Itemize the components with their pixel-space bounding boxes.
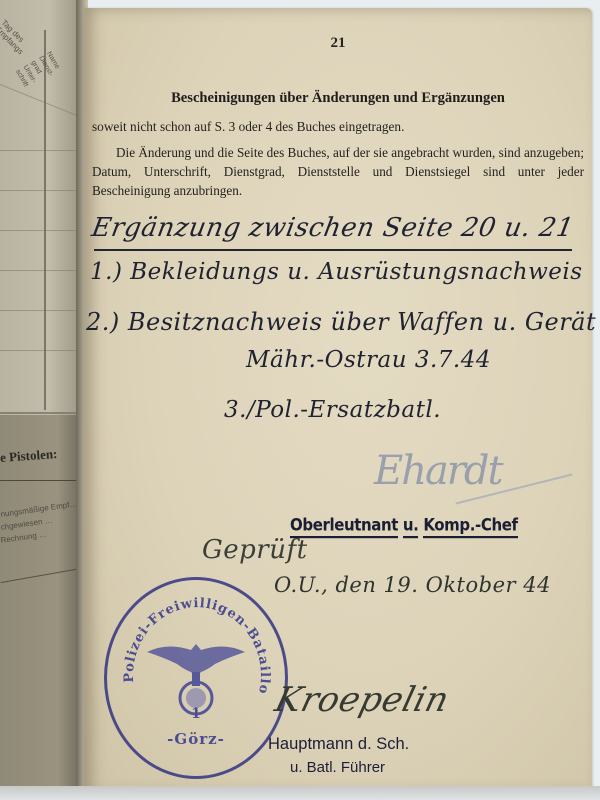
page-number: 21 <box>84 35 592 52</box>
handwritten-place-date: Mähr.-Ostrau 3.7.44 <box>246 347 491 373</box>
table-rule <box>0 150 82 151</box>
table-rule <box>0 412 82 414</box>
handwritten-checked-date: O.U., den 19. Oktober 44 <box>274 573 551 597</box>
note-line: nungsmäßige Empf… <box>0 499 78 519</box>
table-header-name: Name Dienst- grad Unter- schrift <box>13 50 67 98</box>
handwritten-checked: Geprüft <box>202 535 308 565</box>
officer-subtitle-stamp: u. Batl. Führer <box>290 759 385 776</box>
handwritten-unit: 3./Pol.-Ersatzbatl. <box>224 397 441 423</box>
instructions-paragraph: Die Änderung und die Seite des Buches, a… <box>92 143 584 200</box>
pencil-signature: Ehardt <box>374 448 502 494</box>
table-rule <box>0 270 82 271</box>
table-rule <box>0 480 82 481</box>
page-subtitle: soweit nicht schon auf S. 3 oder 4 des B… <box>92 119 404 135</box>
table-header-date: Tag des Empfangs <box>0 18 31 56</box>
table-rule <box>1 568 82 583</box>
officer-title-stamp: Hauptmann d. Sch. <box>268 735 409 754</box>
page-bottom-shadow <box>0 786 600 800</box>
table-rule <box>0 310 82 311</box>
handwritten-heading: Ergänzung zwischen Seite 20 u. 21 <box>89 213 576 243</box>
table-rule <box>0 190 82 191</box>
table-rule <box>0 350 82 351</box>
note-line: Rechnung … <box>0 530 48 545</box>
seal-number: 1 <box>107 706 285 722</box>
official-seal: Polizei-Freiwilligen-Bataillon 1 -Görz- <box>104 577 288 779</box>
handwritten-item-2: 2.) Besitznachweis über Waffen u. Gerät <box>86 308 596 336</box>
left-page-lower: nungsmäßige Empf… chgewiesen … Rechnung … <box>0 415 82 800</box>
handwritten-item-1: 1.) Bekleidungs u. Ausrüstungsnachweis <box>90 259 583 285</box>
document-page: 21 Bescheinigungen über Änderungen und E… <box>84 8 592 794</box>
handwritten-underline <box>94 249 572 251</box>
page-title: Bescheinigungen über Änderungen und Ergä… <box>118 90 558 107</box>
seal-city: -Görz- <box>107 730 285 748</box>
rank-stamp-word: Komp.-Chef <box>423 515 517 538</box>
rank-stamp-word: u. <box>403 515 419 538</box>
handwritten-signature: Kroepelin <box>271 680 453 720</box>
left-page: Tag des Empfangs Name Dienst- grad Unter… <box>0 0 82 800</box>
rank-stamp: Oberleutnant u. Komp.-Chef <box>290 515 518 535</box>
table-rule <box>0 230 82 231</box>
